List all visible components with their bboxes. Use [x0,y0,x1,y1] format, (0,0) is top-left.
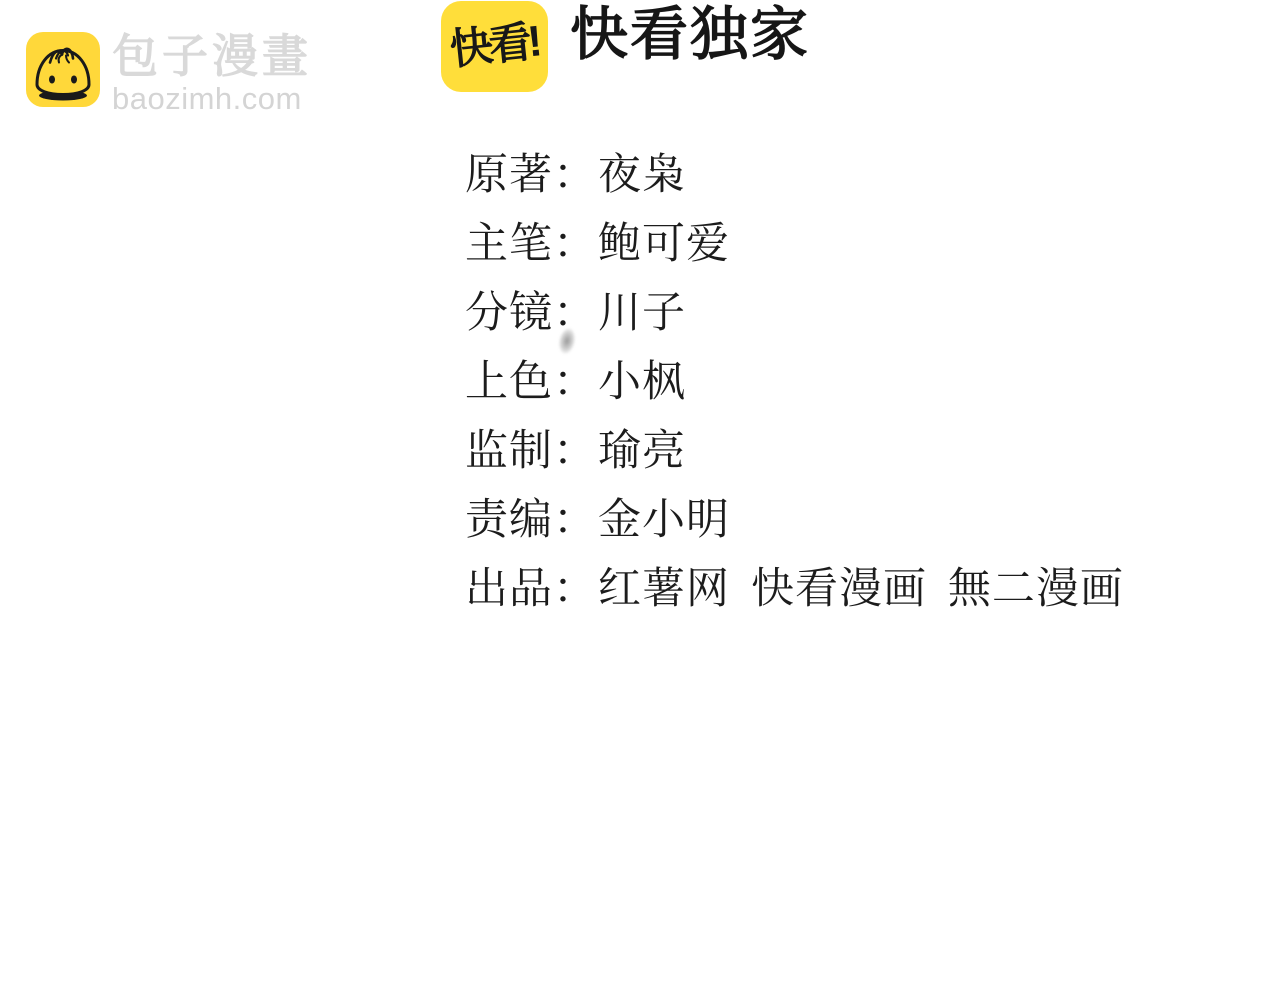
baozimh-domain: baozimh.com [112,83,312,115]
credit-role: 监制 [465,430,553,473]
baozi-bun-icon [26,32,100,107]
credit-line-supervisor: 监制：瑜亮 [465,417,1124,486]
credit-role: 分镜 [465,292,553,335]
credit-line-producer: 出品：红薯网 快看漫画 無二漫画 [465,555,1124,624]
credit-role: 主笔 [465,223,553,266]
credit-role: 责编 [465,499,553,542]
page-title: 快看独家 [570,6,810,64]
credit-value: 夜枭 [598,154,686,197]
credit-line-lead-artist: 主笔：鲍可爱 [465,210,1124,279]
credit-colon: ： [553,154,596,197]
credit-value: 红薯网 快看漫画 無二漫画 [598,568,1124,611]
credit-value: 金小明 [598,499,730,542]
credit-colon: ： [553,430,596,473]
credit-line-editor: 责编：金小明 [465,486,1124,555]
credit-line-original-author: 原著：夜枭 [465,141,1124,210]
baozimh-text-block: 包子漫畫 baozimh.com [112,32,312,115]
credit-role: 原著 [465,154,553,197]
baozimh-name: 包子漫畫 [112,32,312,80]
credit-role: 出品 [465,568,553,611]
credit-role: 上色 [465,361,553,404]
credit-colon: ： [553,361,596,404]
baozimh-logo-icon [26,32,100,107]
credit-value: 小枫 [598,361,686,404]
comic-credits-page: 包子漫畫 baozimh.com 快看! 快看独家 原著：夜枭 主笔：鲍可爱 分… [0,0,1280,999]
credit-value: 鲍可爱 [598,223,730,266]
kuaikan-badge-label: 快看! [447,8,541,78]
header: 快看! 快看独家 [441,1,810,92]
credit-colon: ： [553,223,596,266]
baozimh-watermark: 包子漫畫 baozimh.com [26,32,312,115]
kuaikan-badge-icon: 快看! [441,1,548,92]
credit-colon: ： [553,499,596,542]
credits-list: 原著：夜枭 主笔：鲍可爱 分镜：川子 上色：小枫 监制：瑜亮 责编：金小明 出品… [465,141,1124,624]
credit-colon: ： [553,568,596,611]
credit-value: 川子 [598,292,686,335]
credit-value: 瑜亮 [598,430,686,473]
